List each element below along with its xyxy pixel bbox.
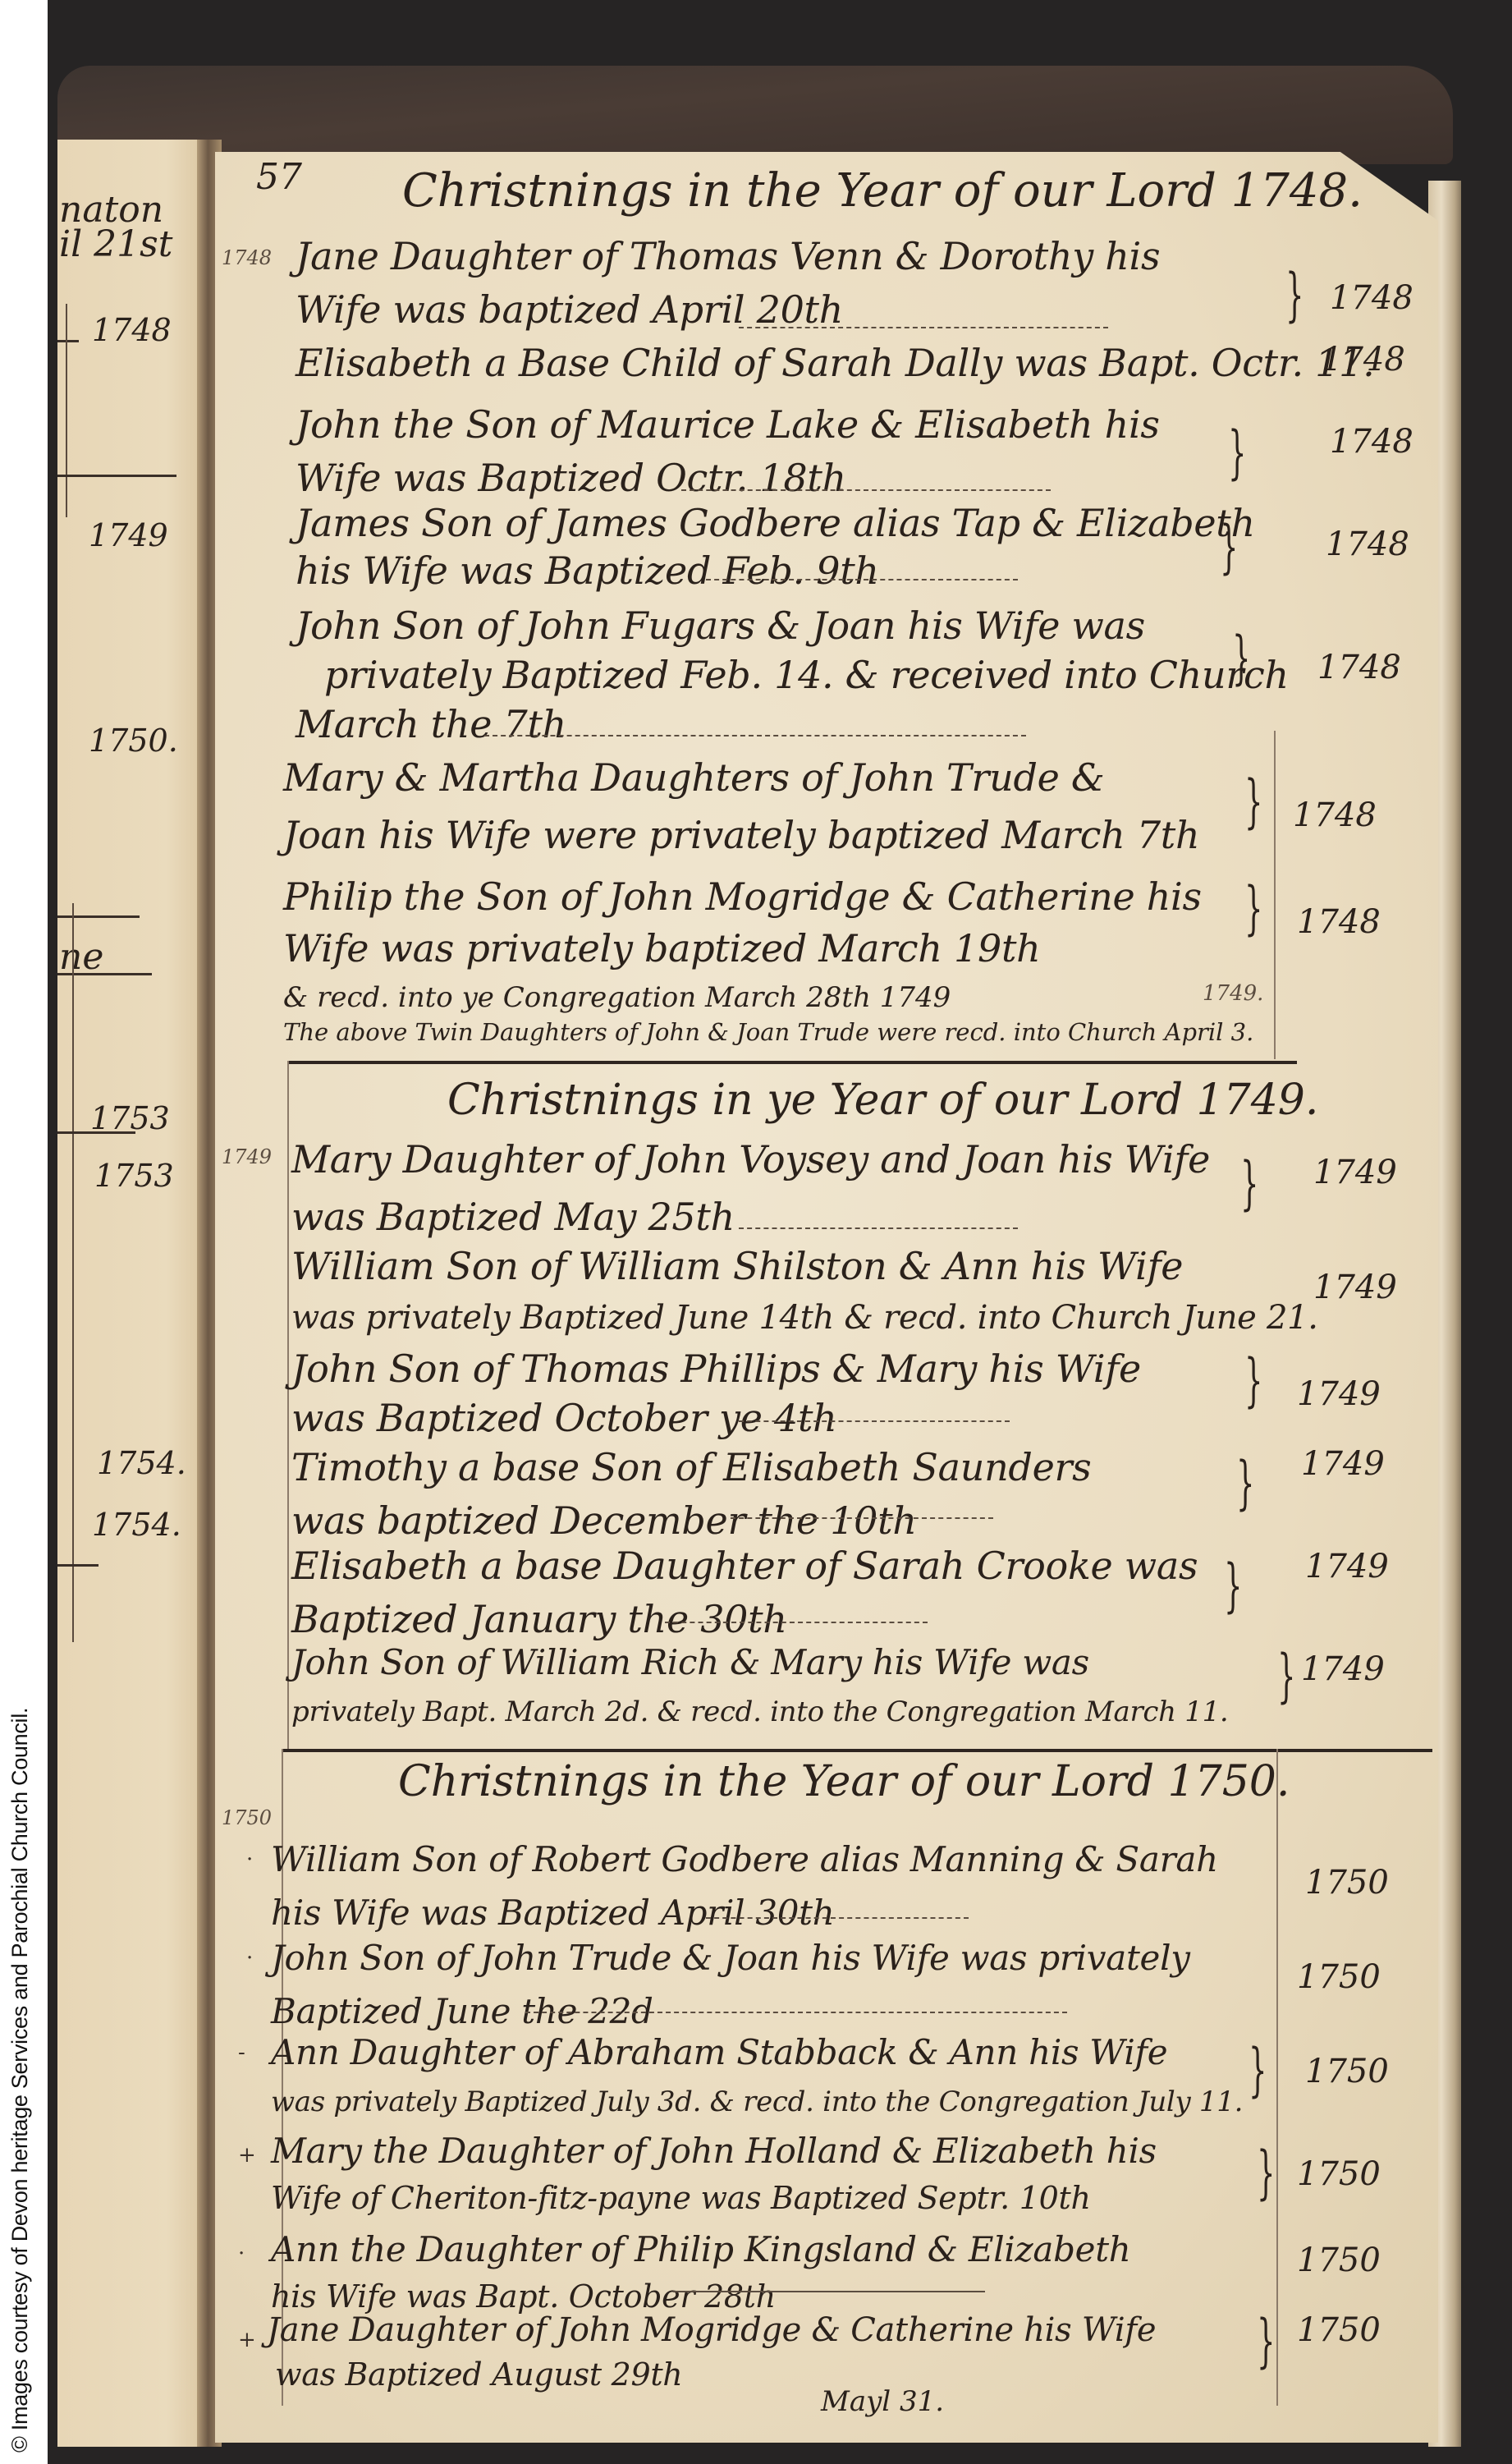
margin-year: 1749 <box>1301 1650 1385 1688</box>
entry-line: William Son of Robert Godbere alias Mann… <box>271 1839 1218 1879</box>
brace: } <box>1228 419 1246 486</box>
brace: } <box>1232 624 1250 691</box>
margin-year: 1749 <box>1313 1154 1397 1191</box>
facing-page-year: 1749 <box>89 517 168 553</box>
margin-year: 1750 <box>1297 1958 1381 1996</box>
entry-line: Wife was privately baptized March 19th <box>283 926 1040 970</box>
margin-year: 1749 <box>1313 1269 1397 1306</box>
entry-line: Elisabeth a Base Child of Sarah Dally wa… <box>296 341 1374 385</box>
brace: } <box>1236 1449 1254 1516</box>
column-rule <box>1276 1749 1278 2406</box>
dashed-leader <box>739 327 1108 328</box>
brace: } <box>1220 513 1238 580</box>
entry-line: his Wife was Baptized April 30th <box>271 1893 835 1933</box>
entry-line: Mary & Martha Daughters of John Trude & <box>283 755 1104 800</box>
copyright-credit: © Images courtesy of Devon heritage Serv… <box>7 1708 33 2453</box>
entry-line: Joan his Wife were privately baptized Ma… <box>283 813 1199 857</box>
signature: Mayl 31. <box>821 2385 944 2418</box>
entry-line: Mary the Daughter of John Holland & Eliz… <box>271 2131 1157 2171</box>
entry-line: Philip the Son of John Mogridge & Cather… <box>283 874 1202 919</box>
dashed-leader <box>484 735 1026 736</box>
margin-year: 1750 <box>1297 2241 1381 2279</box>
facing-page-column-line <box>72 903 74 1642</box>
entry-line: was Baptized August 29th <box>275 2356 682 2393</box>
facing-page-year: 1753 <box>94 1158 174 1194</box>
entry-line: was privately Baptized June 14th & recd.… <box>291 1299 1318 1337</box>
brace: } <box>1240 1149 1258 1217</box>
brace: } <box>1244 1347 1262 1414</box>
brace: } <box>1277 1642 1295 1709</box>
dashed-leader <box>525 2012 1067 2013</box>
entry-line: was Baptized October ye 4th <box>291 1396 836 1440</box>
facing-page-rule <box>57 915 140 918</box>
leader-line <box>673 2291 985 2292</box>
brace: } <box>1224 1552 1242 1619</box>
facing-page-fragment: il 21st <box>59 223 172 265</box>
entry-line: James Son of James Godbere alias Tap & E… <box>296 501 1255 545</box>
margin-year: 1749 <box>1305 1548 1389 1585</box>
facing-page-fragment: ne <box>59 936 103 978</box>
facing-page-column-line <box>66 304 67 517</box>
brace: } <box>1244 768 1262 835</box>
entry-line: Ann the Daughter of Philip Kingsland & E… <box>271 2229 1131 2269</box>
facing-page-rule <box>57 1131 135 1134</box>
entry-line: Wife was baptized April 20th <box>296 287 843 332</box>
margin-year: 1750 <box>1297 2155 1381 2193</box>
margin-year: 1750 <box>1297 2311 1381 2349</box>
margin-year: 1750 <box>1305 1864 1389 1902</box>
entry-line: Mary Daughter of John Voysey and Joan hi… <box>291 1137 1210 1182</box>
section-heading: Christnings in ye Year of our Lord 1749. <box>447 1076 1318 1125</box>
leather-binding-strap <box>57 66 1453 164</box>
dashed-leader <box>706 1917 969 1919</box>
dashed-leader <box>665 1622 928 1623</box>
brace: } <box>1249 2036 1267 2104</box>
section-heading: Christnings in the Year of our Lord 1748… <box>402 164 1363 218</box>
entry-line: Jane Daughter of John Mogridge & Catheri… <box>267 2311 1156 2349</box>
section-divider <box>283 1749 1432 1752</box>
entry-line: was privately Baptized July 3d. & recd. … <box>271 2085 1243 2118</box>
facing-page-year: 1750. <box>89 723 178 759</box>
brace: } <box>1285 261 1304 328</box>
margin-note: 1749. <box>1203 981 1263 1006</box>
tick-mark: + <box>238 2143 256 2168</box>
brace: } <box>1257 2139 1275 2206</box>
facing-page-rule <box>57 1564 99 1567</box>
column-rule <box>287 1061 289 1750</box>
entry-line: John Son of John Fugars & Joan his Wife … <box>296 603 1145 648</box>
margin-year: 1748 <box>1330 279 1413 317</box>
section-footnote: The above Twin Daughters of John & Joan … <box>283 1018 1253 1046</box>
entry-line: was baptized December the 10th <box>291 1498 917 1543</box>
margin-year: 1748 <box>1297 903 1381 941</box>
entry-line: & recd. into ye Congregation March 28th … <box>283 981 951 1014</box>
margin-year: 1748 <box>1330 423 1413 461</box>
margin-year: 1748 <box>1322 341 1405 379</box>
tick-mark: · <box>246 1946 253 1971</box>
entry-line: privately Baptized Feb. 14. & received i… <box>324 653 1289 697</box>
entry-line: William Son of William Shilston & Ann hi… <box>291 1244 1183 1288</box>
margin-year: 1748 <box>1326 525 1409 563</box>
facing-page-year: 1754. <box>92 1507 181 1543</box>
entry-line: Jane Daughter of Thomas Venn & Dorothy h… <box>296 234 1160 278</box>
facing-page-rule <box>57 340 79 342</box>
facing-page-edge <box>57 140 213 2447</box>
tick-mark: · <box>238 2241 245 2266</box>
entry-line: Timothy a base Son of Elisabeth Saunders <box>291 1445 1092 1489</box>
tick-mark: · <box>246 1847 253 1872</box>
entry-line: privately Bapt. March 2d. & recd. into t… <box>291 1695 1228 1728</box>
brace: } <box>1257 2307 1275 2375</box>
facing-page-year: 1748 <box>92 312 172 348</box>
column-rule <box>1274 731 1276 1059</box>
dashed-leader <box>731 1517 993 1519</box>
dashed-leader <box>739 1420 1010 1422</box>
entry-line: was Baptized May 25th <box>291 1195 735 1239</box>
page-number: 57 <box>256 156 302 198</box>
entry-line: John Son of John Trude & Joan his Wife w… <box>271 1938 1190 1978</box>
margin-year: 1749 <box>1301 1445 1385 1483</box>
section-heading: Christnings in the Year of our Lord 1750… <box>398 1757 1290 1806</box>
section-divider <box>287 1061 1297 1064</box>
dashed-leader <box>739 1227 1018 1229</box>
entry-line: his Wife was Baptized Feb. 9th <box>296 548 879 593</box>
margin-year: 1749 <box>1297 1375 1381 1413</box>
brace: } <box>1244 874 1262 942</box>
entry-line: Elisabeth a base Daughter of Sarah Crook… <box>291 1544 1198 1588</box>
dashed-leader <box>681 489 1051 491</box>
left-margin-year: 1748 <box>222 246 272 269</box>
entry-line: Ann Daughter of Abraham Stabback & Ann h… <box>271 2032 1167 2072</box>
left-margin-year: 1749 <box>222 1145 272 1168</box>
tick-mark: + <box>238 2328 256 2352</box>
entry-line: Wife was Baptized Octr. 18th <box>296 456 846 500</box>
entry-line: John Son of Thomas Phillips & Mary his W… <box>291 1347 1141 1391</box>
margin-year: 1750 <box>1305 2053 1389 2090</box>
dashed-leader <box>706 579 1018 580</box>
facing-page-year: 1754. <box>97 1445 186 1481</box>
facing-page-rule <box>57 475 176 477</box>
entry-line: John the Son of Maurice Lake & Elisabeth… <box>296 402 1160 447</box>
left-margin-year: 1750 <box>222 1806 272 1829</box>
entry-line: Baptized January the 30th <box>291 1597 787 1641</box>
tick-mark: - <box>238 2040 245 2065</box>
entry-line: Wife of Cheriton-fitz-payne was Baptized… <box>271 2180 1091 2216</box>
entry-line: John Son of William Rich & Mary his Wife… <box>291 1642 1089 1682</box>
entry-line: his Wife was Bapt. October 28th <box>271 2278 776 2315</box>
entry-line: March the 7th <box>296 702 566 746</box>
margin-year: 1748 <box>1293 796 1377 834</box>
credit-strip: © Images courtesy of Devon heritage Serv… <box>0 0 48 2464</box>
margin-year: 1748 <box>1317 649 1401 686</box>
